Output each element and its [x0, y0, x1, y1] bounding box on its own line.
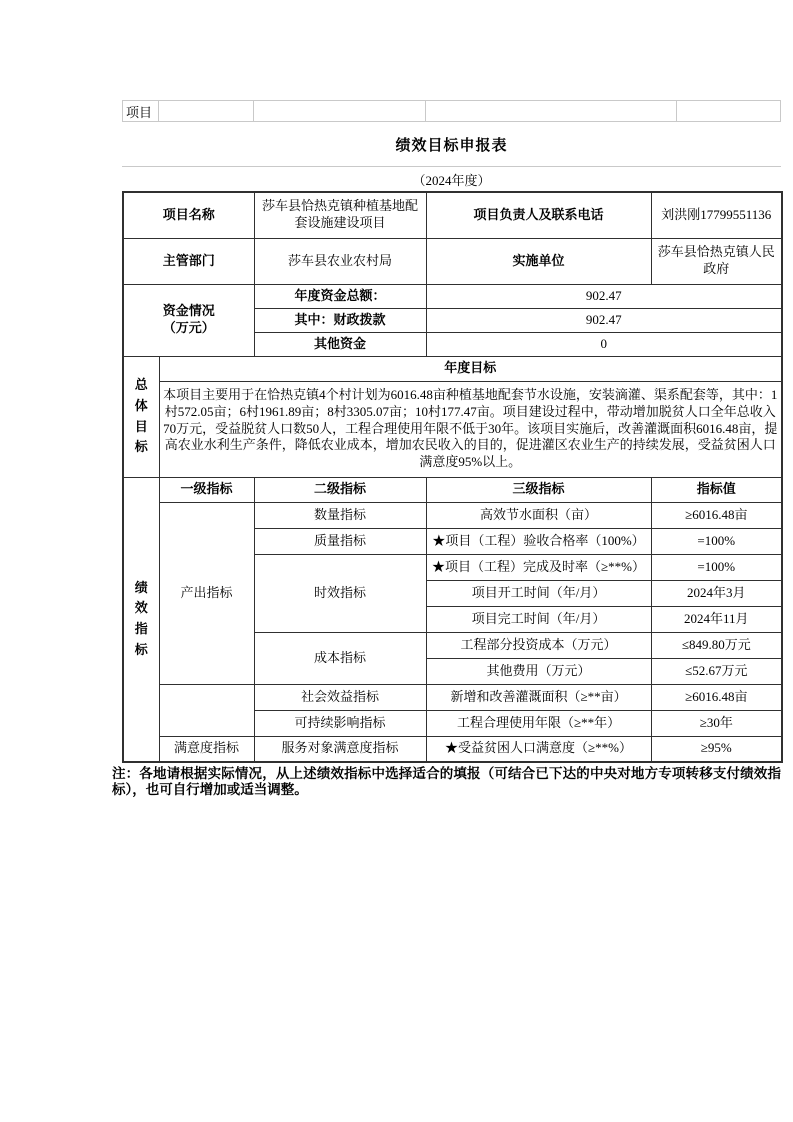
level2-timeliness: 时效指标 [254, 554, 426, 632]
dept-label: 主管部门 [123, 238, 254, 284]
level3-indicator: 项目开工时间（年/月） [426, 580, 651, 606]
manager-label: 项目负责人及联系电话 [426, 192, 651, 238]
project-name-label: 项目名称 [123, 192, 254, 238]
top-cell-empty-2 [253, 101, 425, 121]
impl-label: 实施单位 [426, 238, 651, 284]
level2-sustainability: 可持续影响指标 [254, 710, 426, 736]
level2-quantity: 数量指标 [254, 502, 426, 528]
level3-indicator: ★项目（工程）完成及时率（≥**%） [426, 554, 651, 580]
level1-satisfaction: 满意度指标 [159, 736, 254, 762]
funding-fiscal-value: 902.47 [426, 308, 782, 332]
impl-value: 莎车县恰热克镇人民政府 [651, 238, 782, 284]
form-content: 项目 绩效目标申报表 （2024年度） 项目名称 莎车县恰热克镇种植基地配套设施… [112, 100, 781, 798]
project-name-value: 莎车县恰热克镇种植基地配套设施建设项目 [254, 192, 426, 238]
level2-quality: 质量指标 [254, 528, 426, 554]
table-row: 绩效指标 一级指标 二级指标 三级指标 指标值 [123, 477, 782, 502]
level3-indicator: ★项目（工程）验收合格率（100%） [426, 528, 651, 554]
indicator-value: ≥6016.48亩 [651, 684, 782, 710]
level2-cost: 成本指标 [254, 632, 426, 684]
indicator-value: ≤52.67万元 [651, 658, 782, 684]
funding-other-label: 其他资金 [254, 332, 426, 356]
annual-goal-text: 本项目主要用于在恰热克镇4个村计划为6016.48亩种植基地配套节水设施，安装滴… [159, 381, 782, 477]
header-level1: 一级指标 [159, 477, 254, 502]
indicator-value: ≤849.80万元 [651, 632, 782, 658]
overall-goal-vertical-text: 总体目标 [135, 375, 148, 458]
footer-note: 注：各地请根据实际情况，从上述绩效指标中选择适合的填报（可结合已下达的中央对地方… [112, 766, 781, 798]
level3-indicator: 新增和改善灌溉面积（≥**亩） [426, 684, 651, 710]
funding-total-value: 902.47 [426, 284, 782, 308]
funding-section-label: 资金情况 （万元） [123, 284, 254, 356]
level3-indicator: 其他费用（万元） [426, 658, 651, 684]
table-row: 资金情况 （万元） 年度资金总额： 902.47 [123, 284, 782, 308]
funding-total-label: 年度资金总额： [254, 284, 426, 308]
table-row: 产出指标 数量指标 高效节水面积（亩） ≥6016.48亩 [123, 502, 782, 528]
top-strip: 项目 [122, 100, 781, 122]
declaration-table: 项目名称 莎车县恰热克镇种植基地配套设施建设项目 项目负责人及联系电话 刘洪刚1… [122, 191, 783, 763]
table-row: 项目名称 莎车县恰热克镇种植基地配套设施建设项目 项目负责人及联系电话 刘洪刚1… [123, 192, 782, 238]
level3-indicator: 高效节水面积（亩） [426, 502, 651, 528]
indicator-value: ≥6016.48亩 [651, 502, 782, 528]
overall-goal-side-label: 总体目标 [123, 356, 159, 477]
indicator-value: 2024年11月 [651, 606, 782, 632]
top-cell-empty-1 [158, 101, 253, 121]
funding-other-value: 0 [426, 332, 782, 356]
title-block: 绩效目标申报表 （2024年度） [122, 122, 781, 191]
level1-output: 产出指标 [159, 502, 254, 684]
level3-indicator: 项目完工时间（年/月） [426, 606, 651, 632]
top-cell-empty-3 [425, 101, 676, 121]
table-row: 满意度指标 服务对象满意度指标 ★受益贫困人口满意度（≥**%） ≥95% [123, 736, 782, 762]
header-level2: 二级指标 [254, 477, 426, 502]
manager-value: 刘洪刚17799551136 [651, 192, 782, 238]
table-row: 社会效益指标 新增和改善灌溉面积（≥**亩） ≥6016.48亩 [123, 684, 782, 710]
level3-indicator: 工程合理使用年限（≥**年） [426, 710, 651, 736]
form-title: 绩效目标申报表 [122, 122, 781, 167]
indicators-vertical-text: 绩效指标 [135, 578, 148, 661]
funding-label-line2: （万元） [126, 320, 252, 337]
top-cell-empty-4 [676, 101, 781, 121]
top-cell-project-label: 项目 [122, 101, 158, 121]
table-row: 主管部门 莎车县农业农村局 实施单位 莎车县恰热克镇人民政府 [123, 238, 782, 284]
indicator-value: =100% [651, 554, 782, 580]
indicator-value: ≥95% [651, 736, 782, 762]
table-row: 本项目主要用于在恰热克镇4个村计划为6016.48亩种植基地配套节水设施，安装滴… [123, 381, 782, 477]
level1-benefit-empty [159, 684, 254, 736]
annual-goal-header: 年度目标 [159, 356, 782, 381]
indicators-side-label: 绩效指标 [123, 477, 159, 762]
header-level3: 三级指标 [426, 477, 651, 502]
header-value: 指标值 [651, 477, 782, 502]
level2-social-benefit: 社会效益指标 [254, 684, 426, 710]
level3-indicator: ★受益贫困人口满意度（≥**%） [426, 736, 651, 762]
level2-service-satisfaction: 服务对象满意度指标 [254, 736, 426, 762]
indicator-value: 2024年3月 [651, 580, 782, 606]
form-subtitle: （2024年度） [122, 167, 781, 191]
table-row: 总体目标 年度目标 [123, 356, 782, 381]
indicator-value: ≥30年 [651, 710, 782, 736]
level3-indicator: 工程部分投资成本（万元） [426, 632, 651, 658]
indicator-value: =100% [651, 528, 782, 554]
document-page: 项目 绩效目标申报表 （2024年度） 项目名称 莎车县恰热克镇种植基地配套设施… [0, 0, 793, 1122]
funding-fiscal-label: 其中：财政拨款 [254, 308, 426, 332]
funding-label-line1: 资金情况 [126, 303, 252, 320]
dept-value: 莎车县农业农村局 [254, 238, 426, 284]
